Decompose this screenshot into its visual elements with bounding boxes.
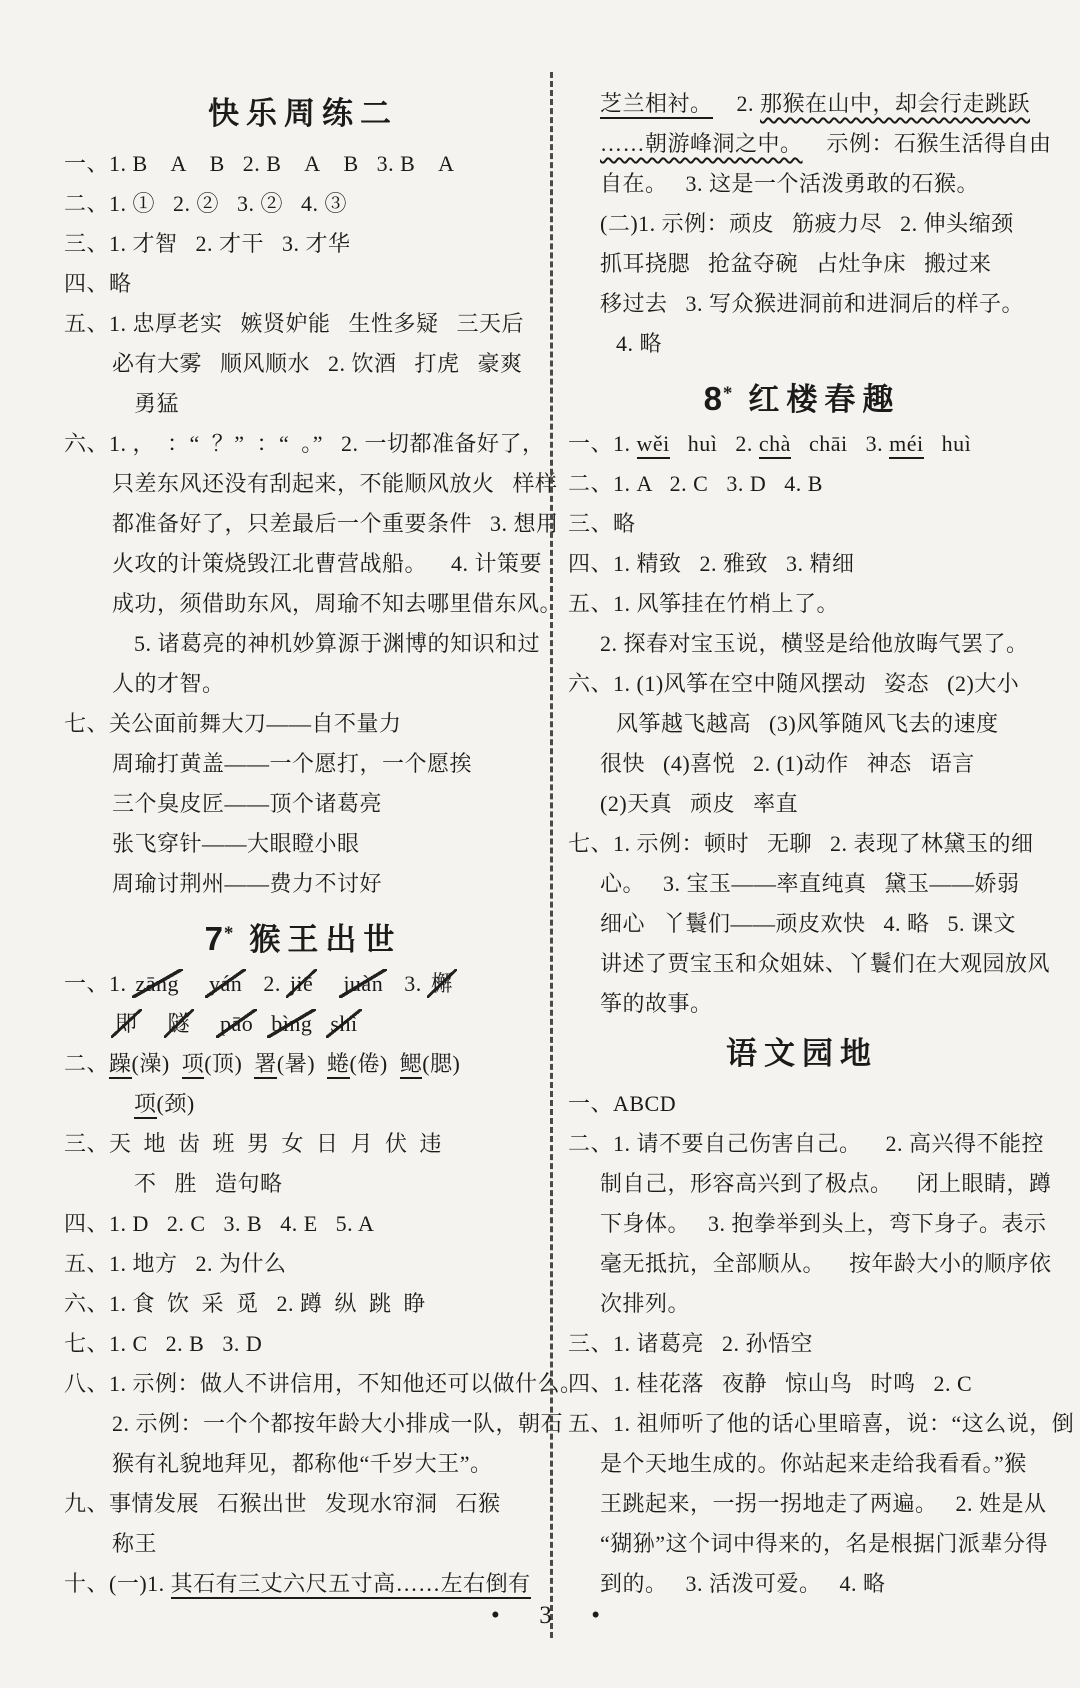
text: 五、1. 地方 2. 为什么: [64, 1251, 287, 1276]
text: 5. 诸葛亮的神机妙算源于渊博的知识和过: [134, 631, 540, 656]
text: 筝的故事。: [600, 991, 713, 1016]
text: 示例：石猴生活得自由: [827, 131, 1052, 156]
answer-line: 三个臭皮匠——顶个诸葛亮: [64, 784, 542, 824]
answer-line: 四、1. D 2. C 3. B 4. E 5. A: [64, 1204, 542, 1244]
answer-line: 人的才智。: [64, 664, 542, 704]
answer-line: 一、ABCD: [568, 1084, 1036, 1124]
answer-line: 讲述了贾宝玉和众姐妹、丫鬟们在大观园放风: [568, 944, 1036, 984]
underlined-text: 署: [254, 1051, 277, 1079]
answer-line: 六、1. (1)风筝在空中随风摆动 姿态 (2)大小: [568, 664, 1036, 704]
text: 心。 3. 宝玉——率直纯真 黛玉——娇弱: [600, 871, 1020, 896]
underlined-text: 蜷: [327, 1051, 350, 1079]
wavy-underlined-text: ……朝游峰洞之中。: [600, 131, 803, 156]
answer-line: 四、1. 精致 2. 雅致 3. 精细: [568, 544, 1036, 584]
section-title-text: 语文园地: [726, 1036, 878, 1071]
text: 到的。 3. 活泼可爱。 4. 略: [600, 1571, 886, 1596]
answer-line: 自在。 3. 这是一个活泼勇敢的石猴。: [568, 164, 1036, 204]
answer-line: (2)天真 顽皮 率直: [568, 784, 1036, 824]
underlined-text: 鳃: [400, 1051, 423, 1079]
text: 三、天 地 齿 班 男 女 日 月 伏 违: [64, 1131, 442, 1156]
text: 都准备好了，只差最后一个重要条件 3. 想用: [112, 511, 559, 536]
answer-line: 七、1. C 2. B 3. D: [64, 1324, 542, 1364]
text: [315, 1051, 327, 1076]
text: chāi: [791, 431, 848, 456]
left-column: 快乐周练二一、1. B A B 2. B A B 3. B A二、1. ① 2.…: [64, 84, 542, 1604]
text: (2)天真 顽皮 率直: [600, 791, 798, 816]
answer-line: 四、略: [64, 264, 542, 304]
answer-line: 只差东风还没有刮起来，不能顺风放火 样样: [64, 464, 542, 504]
text: 二、1. 请不要自己伤害自己。 2. 高兴得不能控: [568, 1131, 1044, 1156]
answer-line: 下身体。 3. 抱拳举到头上，弯下身子。表示: [568, 1204, 1036, 1244]
text: (二)1. 示例：顽皮 筋疲力尽 2. 伸头缩颈: [600, 211, 1014, 236]
page-number: • 3 •: [420, 1598, 680, 1634]
answer-line: 一、1. zāng yán 2. jiē juàn 3. 檞: [64, 964, 542, 1004]
answer-line: “猢狲”这个词中得来的，名是根据门派辈分得: [568, 1524, 1036, 1564]
text: 七、关公面前舞大刀——自不量力: [64, 711, 402, 736]
text: huì: [670, 431, 718, 456]
text: 3.: [848, 431, 890, 456]
answer-line: 风筝越飞越高 (3)风筝随风飞去的速度: [568, 704, 1036, 744]
text: 四、1. 桂花落 夜静 惊山鸟 时鸣 2. C: [568, 1371, 972, 1396]
answer-line: 芝兰相衬。 2. 那猴在山中，却会行走跳跃: [568, 84, 1036, 124]
text: 2.: [245, 971, 287, 996]
section-title: 7*猴王出世: [64, 904, 542, 964]
text: 六、1. ， ：“ ？” ：“ 。” 2. 一切都准备好了，: [64, 431, 545, 456]
text: 是个天地生成的。你站起来走给我看看。”猴: [600, 1451, 1027, 1476]
text: (澡): [132, 1051, 170, 1076]
page-number-text: • 3 •: [491, 1602, 609, 1629]
answer-line: 勇猛: [64, 384, 542, 424]
answer-line: 项(颈): [64, 1084, 542, 1124]
answer-line: 猴有礼貌地拜见，都称他“千岁大王”。: [64, 1444, 542, 1484]
lesson-star: *: [224, 923, 234, 944]
answer-line: 二、1. 请不要自己伤害自己。 2. 高兴得不能控: [568, 1124, 1036, 1164]
text: (倦): [350, 1051, 388, 1076]
answer-line: 周瑜打黄盖——一个愿打，一个愿挨: [64, 744, 542, 784]
answer-line: 王跳起来，一拐一拐地走了两遍。 2. 姓是从: [568, 1484, 1036, 1524]
answer-line: 六、1. ， ：“ ？” ：“ 。” 2. 一切都准备好了，: [64, 424, 542, 464]
answer-line: 一、1. wěi huì 2. chà chāi 3. méi huì: [568, 424, 1036, 464]
text: 称王: [112, 1531, 157, 1556]
text: 2. 探春对宝玉说，横竖是给他放晦气罢了。: [600, 631, 1029, 656]
text: 自在。: [600, 171, 668, 196]
text: 四、1. D 2. C 3. B 4. E 5. A: [64, 1211, 374, 1236]
crossed-out-text: pāo: [216, 1009, 257, 1038]
crossed-out-text: shì: [326, 1009, 361, 1038]
crossed-out-text: 隧: [164, 1009, 195, 1038]
text: 八、1. 示例：做人不讲信用，不知他还可以做什么。: [64, 1371, 583, 1396]
text: 三、略: [568, 511, 636, 536]
column-divider: [550, 72, 553, 1638]
text: 必有大雾 顺风顺水 2. 饮酒 打虎 豪爽: [112, 351, 523, 376]
text: 4. 略: [616, 331, 662, 356]
answer-line: 四、1. 桂花落 夜静 惊山鸟 时鸣 2. C: [568, 1364, 1036, 1404]
answer-line: 七、1. 示例：顿时 无聊 2. 表现了林黛玉的细: [568, 824, 1036, 864]
text: 不 胜 造句略: [134, 1171, 283, 1196]
text: 五、1. 祖师听了他的话心里暗喜，说：“这么说，倒: [568, 1411, 1074, 1436]
answer-line: 五、1. 祖师听了他的话心里暗喜，说：“这么说，倒: [568, 1404, 1036, 1444]
text: 七、1. 示例：顿时 无聊 2. 表现了林黛玉的细: [568, 831, 1034, 856]
answer-line: 5. 诸葛亮的神机妙算源于渊博的知识和过: [64, 624, 542, 664]
text: (腮): [422, 1051, 460, 1076]
answer-line: 次排列。: [568, 1284, 1036, 1324]
text: 火攻的计策烧毁江北曹营战船。 4. 计策要: [112, 551, 542, 576]
workbook-page: { "page": { "footer": "• 3 •", "backgrou…: [0, 0, 1080, 1688]
right-column: 芝兰相衬。 2. 那猴在山中，却会行走跳跃……朝游峰洞之中。 示例：石猴生活得自…: [568, 84, 1036, 1604]
answer-line: 五、1. 风筝挂在竹梢上了。: [568, 584, 1036, 624]
text: 很快 (4)喜悦 2. (1)动作 神态 语言: [600, 751, 975, 776]
answer-line: 成功，须借助东风，周瑜不知去哪里借东风。: [64, 584, 542, 624]
answer-line: 不 胜 造句略: [64, 1164, 542, 1204]
answer-line: (二)1. 示例：顽皮 筋疲力尽 2. 伸头缩颈: [568, 204, 1036, 244]
answer-line: 二、1. A 2. C 3. D 4. B: [568, 464, 1036, 504]
answer-line: 五、1. 忠厚老实 嫉贤妒能 生性多疑 三天后: [64, 304, 542, 344]
answer-line: 4. 略: [568, 324, 1036, 364]
section-title-text: 红楼春趣: [748, 382, 900, 417]
text: 二、1. ① 2. ② 3. ② 4. ③: [64, 191, 347, 216]
text: 七、1. C 2. B 3. D: [64, 1331, 262, 1356]
answer-line: 周瑜讨荆州——费力不讨好: [64, 864, 542, 904]
answer-line: 移过去 3. 写众猴进洞前和进洞后的样子。: [568, 284, 1036, 324]
text: 一、1.: [568, 431, 637, 456]
text: [242, 1051, 254, 1076]
answer-line: 三、1. 诸葛亮 2. 孙悟空: [568, 1324, 1036, 1364]
answer-line: 心。 3. 宝玉——率直纯真 黛玉——娇弱: [568, 864, 1036, 904]
text: 抓耳挠腮 抢盆夺碗 占灶争床 搬过来: [600, 251, 992, 276]
text: 六、1. 食 饮 采 觅 2. 蹲 纵 跳 睁: [64, 1291, 426, 1316]
answer-line: 三、1. 才智 2. 才干 3. 才华: [64, 224, 542, 264]
text: (顶): [204, 1051, 242, 1076]
answer-line: 九、事情发展 石猴出世 发现水帘洞 石猴: [64, 1484, 542, 1524]
answer-line: 张飞穿针——大眼瞪小眼: [64, 824, 542, 864]
text: [141, 1011, 165, 1036]
text: huì: [924, 431, 972, 456]
answer-line: 制自己，形容高兴到了极点。 闭上眼睛，蹲: [568, 1164, 1036, 1204]
underlined-text: méi: [889, 431, 924, 459]
answer-line: 二、1. ① 2. ② 3. ② 4. ③: [64, 184, 542, 224]
lesson-number: 8: [704, 380, 722, 417]
crossed-out-text: yán: [205, 969, 246, 998]
section-title: 8*红楼春趣: [568, 364, 1036, 424]
answer-line: 必有大雾 顺风顺水 2. 饮酒 打虎 豪爽: [64, 344, 542, 384]
crossed-out-text: bìng: [267, 1009, 316, 1038]
section-title: 快乐周练二: [64, 84, 542, 144]
crossed-out-text: zāng: [132, 969, 184, 998]
crossed-out-text: 即: [111, 1009, 142, 1038]
wavy-underlined-text: 那猴在山中，却会行走跳跃: [760, 91, 1030, 116]
text: 十、(一)1.: [64, 1571, 171, 1596]
text: 3.: [386, 971, 428, 996]
section-title-text: 快乐周练二: [208, 96, 398, 131]
text: 人的才智。: [112, 671, 225, 696]
underlined-text: chà: [759, 431, 791, 459]
text: [803, 131, 827, 156]
answer-line: 筝的故事。: [568, 984, 1036, 1024]
answer-line: 毫无抵抗，全部顺从。 按年龄大小的顺序依: [568, 1244, 1036, 1284]
answer-line: 一、1. B A B 2. B A B 3. B A: [64, 144, 542, 184]
text: 五、1. 风筝挂在竹梢上了。: [568, 591, 839, 616]
answer-line: 即 隧 pāo bìng shì: [64, 1004, 542, 1044]
underlined-text: wěi: [637, 431, 670, 459]
text: (颈): [157, 1091, 195, 1116]
underlined-text: 躁: [109, 1051, 132, 1079]
text: 毫无抵抗，全部顺从。 按年龄大小的顺序依: [600, 1251, 1052, 1276]
answer-line: 三、天 地 齿 班 男 女 日 月 伏 违: [64, 1124, 542, 1164]
crossed-out-text: jiē: [286, 969, 318, 998]
answer-line: 是个天地生成的。你站起来走给我看看。”猴: [568, 1444, 1036, 1484]
text: 勇猛: [134, 391, 179, 416]
text: 三个臭皮匠——顶个诸葛亮: [112, 791, 382, 816]
text: 移过去 3. 写众猴进洞前和进洞后的样子。: [600, 291, 1024, 316]
text: 王跳起来，一拐一拐地走了两遍。 2. 姓是从: [600, 1491, 1047, 1516]
text: 三、1. 才智 2. 才干 3. 才华: [64, 231, 351, 256]
text: [170, 1051, 182, 1076]
answer-line: 细心 丫鬟们——顽皮欢快 4. 略 5. 课文: [568, 904, 1036, 944]
section-title: 语文园地: [568, 1024, 1036, 1084]
text: 四、1. 精致 2. 雅致 3. 精细: [568, 551, 855, 576]
underlined-text: 其石有三丈六尺五寸高……左右倒有: [171, 1571, 531, 1599]
text: 3. 这是一个活泼勇敢的石猴。: [668, 171, 980, 196]
text: [316, 971, 340, 996]
answer-line: ……朝游峰洞之中。 示例：石猴生活得自由: [568, 124, 1036, 164]
answer-line: 2. 探春对宝玉说，横竖是给他放晦气罢了。: [568, 624, 1036, 664]
crossed-out-text: 檞: [427, 969, 458, 998]
text: 周瑜打黄盖——一个愿打，一个愿挨: [112, 751, 472, 776]
answer-line: 六、1. 食 饮 采 觅 2. 蹲 纵 跳 睁: [64, 1284, 542, 1324]
answer-line: 2. 示例：一个个都按年龄大小排成一队，朝石: [64, 1404, 542, 1444]
text: (暑): [277, 1051, 315, 1076]
lesson-star: *: [723, 383, 733, 404]
section-title-text: 猴王出世: [249, 922, 401, 957]
answer-line: 二、躁(澡) 项(顶) 署(暑) 蜷(倦) 鳃(腮): [64, 1044, 542, 1084]
text: 一、ABCD: [568, 1091, 676, 1116]
answer-line: 五、1. 地方 2. 为什么: [64, 1244, 542, 1284]
text: 一、1.: [64, 971, 133, 996]
text: 2. 示例：一个个都按年龄大小排成一队，朝石: [112, 1411, 563, 1436]
crossed-out-text: juàn: [339, 969, 387, 998]
text: 讲述了贾宝玉和众姐妹、丫鬟们在大观园放风: [600, 951, 1050, 976]
text: 细心 丫鬟们——顽皮欢快 4. 略 5. 课文: [600, 911, 1016, 936]
answer-line: 都准备好了，只差最后一个重要条件 3. 想用: [64, 504, 542, 544]
text: 只差东风还没有刮起来，不能顺风放火 样样: [112, 471, 558, 496]
answer-line: 火攻的计策烧毁江北曹营战船。 4. 计策要: [64, 544, 542, 584]
text: 四、略: [64, 271, 132, 296]
answer-line: 八、1. 示例：做人不讲信用，不知他还可以做什么。: [64, 1364, 542, 1404]
answer-line: 三、略: [568, 504, 1036, 544]
text: 二、: [64, 1051, 109, 1076]
text: 风筝越飞越高 (3)风筝随风飞去的速度: [616, 711, 999, 736]
text: 六、1. (1)风筝在空中随风摆动 姿态 (2)大小: [568, 671, 1019, 696]
text: 二、1. A 2. C 3. D 4. B: [568, 471, 823, 496]
text: 张飞穿针——大眼瞪小眼: [112, 831, 360, 856]
lesson-number: 7: [205, 920, 223, 957]
text: 制自己，形容高兴到了极点。 闭上眼睛，蹲: [600, 1171, 1052, 1196]
underlined-text: 项: [134, 1091, 157, 1119]
text: 五、1. 忠厚老实 嫉贤妒能 生性多疑 三天后: [64, 311, 524, 336]
answer-line: 很快 (4)喜悦 2. (1)动作 神态 语言: [568, 744, 1036, 784]
text: 次排列。: [600, 1291, 690, 1316]
text: [388, 1051, 400, 1076]
text: 周瑜讨荆州——费力不讨好: [112, 871, 382, 896]
underlined-text: 项: [182, 1051, 205, 1079]
text: [182, 971, 206, 996]
text: 2.: [713, 91, 761, 116]
text: “猢狲”这个词中得来的，名是根据门派辈分得: [600, 1531, 1048, 1556]
text: 三、1. 诸葛亮 2. 孙悟空: [568, 1331, 813, 1356]
answer-line: 七、关公面前舞大刀——自不量力: [64, 704, 542, 744]
underlined-text: 芝兰相衬。: [600, 91, 713, 119]
text: 2.: [717, 431, 759, 456]
text: 成功，须借助东风，周瑜不知去哪里借东风。: [112, 591, 562, 616]
text: 九、事情发展 石猴出世 发现水帘洞 石猴: [64, 1491, 501, 1516]
answer-line: 称王: [64, 1524, 542, 1564]
text: 下身体。 3. 抱拳举到头上，弯下身子。表示: [600, 1211, 1047, 1236]
text: 一、1. B A B 2. B A B 3. B A: [64, 151, 454, 176]
answer-line: 抓耳挠腮 抢盆夺碗 占灶争床 搬过来: [568, 244, 1036, 284]
text: 猴有礼貌地拜见，都称他“千岁大王”。: [112, 1451, 493, 1476]
text: [193, 1011, 217, 1036]
